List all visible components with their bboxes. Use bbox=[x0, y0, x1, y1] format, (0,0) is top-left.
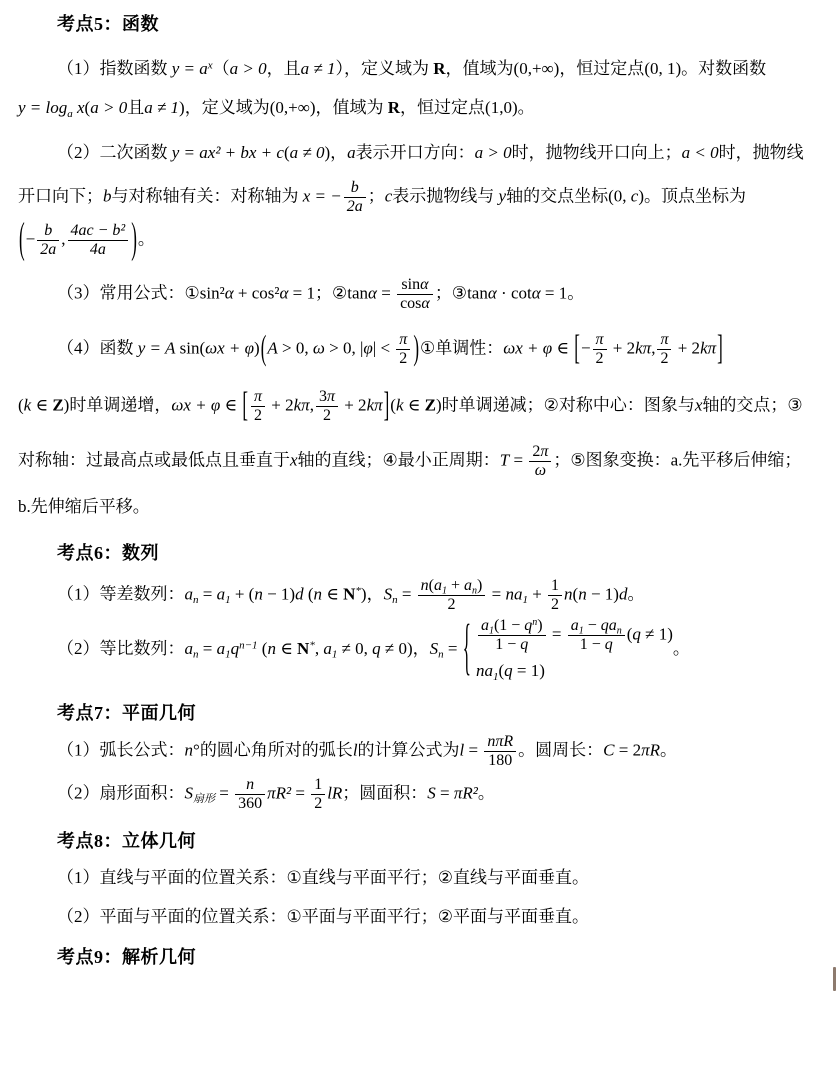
math-italic-run: n bbox=[185, 741, 194, 760]
big-delimiter: { bbox=[463, 608, 471, 693]
math-italic-run: a bbox=[481, 617, 489, 634]
text-run: 。 bbox=[138, 229, 155, 248]
para-exponential-log-line-1: （1）指数函数 y = ax（a > 0，且a ≠ 1），定义域为 R，值域为(… bbox=[57, 58, 824, 81]
math-bold-run: N bbox=[343, 584, 355, 603]
math-italic-run: na bbox=[505, 584, 522, 603]
math-roman-run: = bbox=[509, 450, 527, 469]
fraction-denominator: 2 bbox=[311, 794, 325, 813]
para-sector-area: （2）扇形面积：S扇形 = n360πR² = 12lR；圆面积：S = πR²… bbox=[57, 776, 824, 813]
math-italic-run: πR² bbox=[454, 783, 478, 802]
math-italic-run: a bbox=[464, 577, 472, 594]
math-roman-run: tan bbox=[467, 284, 488, 303]
text-run: ， bbox=[367, 584, 384, 603]
fraction-numerator: a1 − qan bbox=[568, 617, 625, 635]
math-roman-run: | < bbox=[373, 339, 395, 358]
para-quadratic-line-1: （2）二次函数 y = ax² + bx + c(a ≠ 0)，a表示开口方向：… bbox=[57, 142, 824, 165]
math-italic-run: α bbox=[420, 276, 428, 293]
math-roman-run: + bbox=[528, 584, 546, 603]
math-roman-run: 2 bbox=[551, 596, 559, 613]
math-roman-run: ) bbox=[254, 339, 260, 358]
math-roman-run: 2 bbox=[399, 350, 407, 367]
cases-row: na1(q = 1) bbox=[476, 660, 673, 683]
math-italic-run: q bbox=[372, 639, 381, 658]
math-roman-run: ∈ bbox=[31, 395, 52, 414]
heading-exam-point-9-analytic-geometry: 考点9：解析几何 bbox=[57, 943, 824, 969]
fraction-denominator: 2 bbox=[418, 595, 486, 614]
text-run: 。 bbox=[567, 284, 584, 303]
text-run: 。 bbox=[518, 98, 535, 117]
math-italic-run: a bbox=[571, 617, 579, 634]
para-exponential-log-line-2: y = loga x(a > 0且a ≠ 1)，定义域为(0,+∞)，值域为 R… bbox=[18, 97, 824, 120]
math-italic-run: α bbox=[421, 295, 429, 312]
math-italic-run: C bbox=[603, 741, 614, 760]
fraction-numerator: a1(1 − qn) bbox=[478, 617, 546, 635]
fraction-denominator: 2 bbox=[316, 406, 338, 425]
math-italic-run: b bbox=[103, 186, 112, 205]
math-roman-run: ∈ bbox=[552, 339, 573, 358]
text-run: 表示开口方向： bbox=[356, 143, 475, 162]
big-delimiter: ] bbox=[717, 326, 723, 373]
math-roman-run: = bbox=[199, 584, 217, 603]
math-roman-run: ∈ bbox=[322, 584, 343, 603]
para-geometric-sequence: （2）等比数列：an = a1qn−1 (n ∈ N*, a1 ≠ 0, q ≠… bbox=[57, 617, 824, 683]
text-run: ，恒过定点 bbox=[559, 59, 644, 78]
fraction: 4ac − b²4a bbox=[68, 222, 129, 259]
math-italic-run: φ bbox=[363, 339, 372, 358]
big-delimiter: [ bbox=[242, 383, 248, 430]
math-roman-run: 1 bbox=[551, 577, 559, 594]
math-italic-run: kπ bbox=[700, 339, 716, 358]
math-roman-run: > 0, | bbox=[325, 339, 364, 358]
math-italic-run: y = a bbox=[172, 59, 208, 78]
math-roman-run: sin( bbox=[175, 339, 205, 358]
math-roman-run: + 2 bbox=[267, 395, 294, 414]
math-roman-run: ∈ bbox=[220, 395, 241, 414]
text-run: 。圆周长： bbox=[518, 741, 603, 760]
fraction-denominator: 2a bbox=[344, 197, 366, 216]
math-italic-run: α bbox=[368, 284, 377, 303]
math-roman-run: 2 bbox=[660, 350, 668, 367]
fraction-numerator: 4ac − b² bbox=[68, 222, 129, 240]
math-roman-run: + 2 bbox=[673, 339, 700, 358]
fraction-denominator: 2 bbox=[548, 595, 562, 614]
text-run: 。对数函数 bbox=[681, 59, 766, 78]
text-run: ；圆面积： bbox=[342, 783, 427, 802]
math-italic-run: S bbox=[384, 584, 393, 603]
heading-exam-point-6-sequences: 考点6：数列 bbox=[57, 539, 824, 565]
para-sine-function-line-3: 对称轴：过最高点或最低点且垂直于x轴的直线；④最小正周期：T = 2πω；⑤图象… bbox=[18, 443, 824, 480]
math-italic-run: n bbox=[246, 776, 254, 793]
math-italic-run: α bbox=[532, 284, 541, 303]
cases-row: a1(1 − qn)1 − q = a1 − qan1 − q(q ≠ 1) bbox=[476, 617, 673, 654]
math-roman-run: 3 bbox=[319, 388, 327, 405]
math-italic-run: A bbox=[267, 339, 277, 358]
fraction: 2πω bbox=[529, 443, 551, 480]
math-italic-run: y = A bbox=[138, 339, 176, 358]
text-run: ，恒过定点 bbox=[400, 98, 485, 117]
fraction: b2a bbox=[37, 222, 59, 259]
fraction: 12 bbox=[311, 776, 325, 813]
text-run: 对称轴：过最高点或最低点且垂直于 bbox=[18, 450, 290, 469]
math-italic-run: a > 0 bbox=[230, 59, 267, 78]
math-roman-run: = bbox=[398, 584, 416, 603]
math-roman-run: 1 − bbox=[580, 636, 605, 653]
math-roman-run: cos bbox=[400, 295, 421, 312]
text-run: ， bbox=[330, 143, 347, 162]
text-run: ，定义域为 bbox=[185, 98, 270, 117]
text-run: （2）等比数列： bbox=[57, 639, 185, 658]
text-run: ，且 bbox=[267, 59, 301, 78]
fraction: n(a1 + an)2 bbox=[418, 577, 486, 614]
math-italic-run: a ≠ 0 bbox=[290, 143, 325, 162]
para-trig-identities: （3）常用公式：①sin²α + cos²α = 1；②tanα = sinαc… bbox=[57, 276, 824, 313]
math-italic-run: q bbox=[231, 639, 240, 658]
para-quadratic-vertex-line: (−b2a,4ac − b²4a)。 bbox=[18, 222, 824, 259]
text-run: 且 bbox=[127, 98, 144, 117]
math-italic-run: kπ bbox=[635, 339, 651, 358]
para-sine-function-line-4: b.先伸缩后平移。 bbox=[18, 496, 824, 519]
fraction-numerator: π bbox=[396, 331, 410, 349]
math-roman-run: = bbox=[291, 783, 309, 802]
fraction-denominator: 1 − q bbox=[568, 635, 625, 654]
cases-stack: a1(1 − qn)1 − q = a1 − qan1 − q(q ≠ 1)na… bbox=[476, 617, 673, 683]
big-delimiter: ( bbox=[261, 326, 267, 373]
text-run: （2）扇形面积： bbox=[57, 783, 185, 802]
math-italic-run: q bbox=[632, 625, 641, 644]
math-italic-run: lR bbox=[327, 783, 342, 802]
fraction-numerator: π bbox=[593, 331, 607, 349]
math-roman-run: 2 bbox=[596, 350, 604, 367]
math-roman-run: = bbox=[548, 625, 566, 644]
fraction-denominator: cosα bbox=[397, 294, 433, 313]
math-roman-run: > 0, bbox=[278, 339, 313, 358]
fraction: a1(1 − qn)1 − q bbox=[478, 617, 546, 654]
fraction: nπR180 bbox=[484, 733, 516, 770]
math-italic-run: x bbox=[290, 450, 298, 469]
math-italic-run: na bbox=[476, 661, 493, 680]
text-run: 轴的交点；③ bbox=[702, 395, 802, 414]
big-delimiter: ] bbox=[384, 383, 390, 430]
math-italic-run: a ≠ 1 bbox=[144, 98, 179, 117]
math-italic-run: α bbox=[488, 284, 497, 303]
math-italic-run: y = log bbox=[18, 98, 67, 117]
math-roman-run: − 1) bbox=[587, 584, 619, 603]
math-italic-run: q bbox=[605, 636, 613, 653]
text-run: 轴的直线；④最小正周期： bbox=[298, 450, 500, 469]
math-italic-run: πR bbox=[641, 741, 660, 760]
math-roman-run: 1 − bbox=[495, 636, 520, 653]
text-run: 的计算公式为 bbox=[358, 741, 460, 760]
math-italic-run: k bbox=[396, 395, 404, 414]
math-roman-run: tan bbox=[347, 284, 368, 303]
para-sine-function-line-1: （4）函数 y = A sin(ωx + φ)(A > 0, ω > 0, |φ… bbox=[57, 331, 824, 368]
subscript: n bbox=[617, 626, 622, 637]
math-roman-run: − bbox=[26, 229, 36, 248]
math-italic-run: a ≠ 1 bbox=[301, 59, 336, 78]
text-run: 开口向下； bbox=[18, 186, 103, 205]
math-roman-run: 180 bbox=[488, 752, 512, 769]
text-run: 。 bbox=[478, 783, 495, 802]
math-italic-run: n bbox=[421, 577, 429, 594]
fraction-numerator: 3π bbox=[316, 388, 338, 406]
fraction-numerator: π bbox=[657, 331, 671, 349]
math-roman-run: ( bbox=[304, 584, 314, 603]
fraction-numerator: π bbox=[251, 388, 265, 406]
math-italic-run: α bbox=[225, 284, 234, 303]
text-run: （1）弧长公式： bbox=[57, 741, 185, 760]
heading-exam-point-8-solid-geometry: 考点8：立体几何 bbox=[57, 827, 824, 853]
big-delimiter: ( bbox=[19, 211, 25, 269]
math-roman-run: = 1) bbox=[513, 661, 545, 680]
math-roman-run: + 2 bbox=[609, 339, 636, 358]
text-run: 时，抛物线开口向上； bbox=[512, 143, 682, 162]
text-run: （1）直线与平面的位置关系：①直线与平面平行；②直线与平面垂直。 bbox=[57, 868, 589, 887]
math-roman-run: , bbox=[61, 229, 65, 248]
superscript: n−1 bbox=[239, 640, 257, 652]
fraction-numerator: 2π bbox=[529, 443, 551, 461]
math-roman-run: ∈ bbox=[404, 395, 425, 414]
math-italic-run: ω bbox=[313, 339, 325, 358]
fraction: π2 bbox=[396, 331, 410, 368]
math-italic-run: n bbox=[267, 639, 276, 658]
text-run: （2）平面与平面的位置关系：①平面与平面平行；②平面与平面垂直。 bbox=[57, 907, 589, 926]
math-roman-run: = bbox=[464, 741, 482, 760]
text-run: （ bbox=[213, 59, 230, 78]
math-roman-run: (0,+∞) bbox=[514, 59, 560, 78]
math-roman-run: (0, 1) bbox=[644, 59, 681, 78]
fraction: π2 bbox=[593, 331, 607, 368]
math-roman-run: − bbox=[584, 617, 601, 634]
math-roman-run: = 1 bbox=[288, 284, 315, 303]
math-italic-run: kπ bbox=[294, 395, 310, 414]
fraction: 12 bbox=[548, 577, 562, 614]
text-run: b.先伸缩后平移。 bbox=[18, 497, 150, 516]
fraction-denominator: 180 bbox=[484, 751, 516, 770]
text-run: ；② bbox=[315, 284, 347, 303]
text-run: ，值域为 bbox=[316, 98, 388, 117]
math-italic-run: a > 0 bbox=[90, 98, 127, 117]
big-delimiter: ) bbox=[131, 211, 137, 269]
document-page: 考点5：函数 （1）指数函数 y = ax（a > 0，且a ≠ 1），定义域为… bbox=[0, 0, 836, 969]
math-italic-run: π bbox=[327, 388, 335, 405]
math-roman-run: · cot bbox=[497, 284, 532, 303]
fraction-denominator: 360 bbox=[235, 794, 265, 813]
text-run: ；③ bbox=[435, 284, 467, 303]
para-plane-plane-relations: （2）平面与平面的位置关系：①平面与平面平行；②平面与平面垂直。 bbox=[57, 906, 824, 929]
text-run: （1）等差数列： bbox=[57, 584, 185, 603]
math-roman-run: + bbox=[447, 577, 464, 594]
math-roman-run: + 2 bbox=[340, 395, 367, 414]
text-run: 。 bbox=[673, 639, 690, 658]
math-bold-run: Z bbox=[425, 395, 436, 414]
math-italic-run: a bbox=[185, 584, 194, 603]
fraction-numerator: 1 bbox=[548, 577, 562, 595]
math-roman-run: = bbox=[377, 284, 395, 303]
fraction-denominator: 2 bbox=[396, 349, 410, 368]
text-run: 。 bbox=[660, 741, 677, 760]
text-run: （1）指数函数 bbox=[57, 59, 172, 78]
fraction-numerator: nπR bbox=[484, 733, 516, 751]
math-roman-run: (1,0) bbox=[485, 98, 518, 117]
math-italic-run: S bbox=[185, 783, 194, 802]
para-quadratic-line-2: 开口向下；b与对称轴有关：对称轴为 x = −b2a；c表示抛物线与 y轴的交点… bbox=[18, 179, 824, 216]
para-arithmetic-sequence: （1）等差数列：an = a1 + (n − 1)d (n ∈ N*)，Sn =… bbox=[57, 577, 824, 614]
math-italic-run: ωx + φ bbox=[171, 395, 220, 414]
math-italic-run: n bbox=[578, 584, 587, 603]
text-run: 时单调递增， bbox=[69, 395, 171, 414]
para-arc-length: （1）弧长公式：n°的圆心角所对的弧长l的计算公式为l = nπR180。圆周长… bbox=[57, 733, 824, 770]
math-roman-run: = bbox=[487, 584, 505, 603]
fraction: π2 bbox=[251, 388, 265, 425]
math-roman-run: = bbox=[199, 639, 217, 658]
math-roman-run: (0,+∞) bbox=[270, 98, 316, 117]
text-run: 时，抛物线 bbox=[719, 143, 804, 162]
math-roman-run: = 2 bbox=[615, 741, 642, 760]
math-italic-run: a > 0 bbox=[475, 143, 512, 162]
math-italic-run: a bbox=[185, 639, 194, 658]
math-bold-run: Z bbox=[52, 395, 63, 414]
math-roman-run: = bbox=[444, 639, 462, 658]
fraction-denominator: 1 − q bbox=[478, 635, 546, 654]
math-bold-run: R bbox=[433, 59, 445, 78]
math-italic-run: T bbox=[500, 450, 509, 469]
math-roman-run: = bbox=[215, 783, 233, 802]
math-roman-run: ≠ 0) bbox=[381, 639, 413, 658]
math-roman-run: + cos² bbox=[234, 284, 280, 303]
math-roman-run: ° bbox=[193, 741, 200, 760]
math-roman-run: = bbox=[436, 783, 454, 802]
text-run: 。 bbox=[627, 584, 644, 603]
math-italic-run: π bbox=[540, 443, 548, 460]
math-italic-run: qa bbox=[601, 617, 617, 634]
fraction: 3π2 bbox=[316, 388, 338, 425]
math-italic-run: q bbox=[504, 661, 513, 680]
fraction-numerator: sinα bbox=[397, 276, 433, 294]
text-run: 。顶点坐标为 bbox=[644, 186, 746, 205]
math-roman-run: 2 bbox=[314, 795, 322, 812]
math-italic-run: y = ax² + bx + c bbox=[172, 143, 284, 162]
math-roman-run: (1 − bbox=[494, 617, 524, 634]
math-roman-run: ≠ 0, bbox=[337, 639, 372, 658]
math-italic-run: n bbox=[254, 584, 263, 603]
math-italic-run: kπ bbox=[367, 395, 383, 414]
fraction-denominator: ω bbox=[529, 461, 551, 480]
text-run: ，值域为 bbox=[446, 59, 514, 78]
text-run: ； bbox=[368, 186, 385, 205]
math-italic-run: y bbox=[499, 186, 507, 205]
math-roman-run: ≠ 1) bbox=[641, 625, 673, 644]
text-run: （2）二次函数 bbox=[57, 143, 172, 162]
para-line-plane-relations: （1）直线与平面的位置关系：①直线与平面平行；②直线与平面垂直。 bbox=[57, 867, 824, 890]
math-roman-run: 2 bbox=[323, 407, 331, 424]
para-sine-function-line-2: (k ∈ Z)时单调递增，ωx + φ ∈ [π2 + 2kπ,3π2 + 2k… bbox=[18, 388, 824, 425]
math-italic-run: x bbox=[73, 98, 85, 117]
fraction-numerator: n bbox=[235, 776, 265, 794]
math-roman-run: ( bbox=[258, 639, 268, 658]
text-run: ；⑤图象变换：a.先平移后伸缩； bbox=[553, 450, 801, 469]
fraction-numerator: 1 bbox=[311, 776, 325, 794]
math-roman-run: − bbox=[581, 339, 591, 358]
math-italic-run: a < 0 bbox=[682, 143, 719, 162]
math-italic-run: n bbox=[314, 584, 323, 603]
math-italic-run: S bbox=[430, 639, 439, 658]
fraction: a1 − qan1 − q bbox=[568, 617, 625, 654]
math-bold-run: R bbox=[388, 98, 400, 117]
fraction: b2a bbox=[344, 179, 366, 216]
math-roman-run: ) bbox=[477, 577, 482, 594]
math-roman-run: , bbox=[310, 395, 314, 414]
fraction: n360 bbox=[235, 776, 265, 813]
fraction-denominator: 2 bbox=[251, 406, 265, 425]
math-roman-run: − 1) bbox=[263, 584, 295, 603]
math-roman-run: 2 bbox=[254, 407, 262, 424]
math-italic-run: nπR bbox=[487, 733, 513, 750]
fraction-numerator: b bbox=[37, 222, 59, 240]
fraction: sinαcosα bbox=[397, 276, 433, 313]
big-delimiter: [ bbox=[574, 326, 580, 373]
text-run: 轴的交点坐标 bbox=[506, 186, 608, 205]
math-italic-run: a bbox=[217, 584, 226, 603]
math-bold-run: N bbox=[297, 639, 309, 658]
heading-exam-point-5-functions: 考点5：函数 bbox=[57, 10, 824, 36]
text-run: 时单调递减；②对称中心：图象与 bbox=[442, 395, 695, 414]
fraction-numerator: n(a1 + an) bbox=[418, 577, 486, 595]
math-roman-run: 2 bbox=[448, 596, 456, 613]
math-roman-run: 1 bbox=[314, 776, 322, 793]
math-italic-run: d bbox=[295, 584, 304, 603]
big-delimiter: ) bbox=[413, 326, 419, 373]
math-italic-run: a bbox=[347, 143, 356, 162]
math-italic-run: n bbox=[564, 584, 573, 603]
math-italic-run: a bbox=[323, 639, 332, 658]
fraction-denominator: 2a bbox=[37, 240, 59, 259]
text-run: ①单调性： bbox=[420, 339, 503, 358]
math-roman-run: (0, bbox=[608, 186, 631, 205]
math-italic-run: ωx + φ bbox=[503, 339, 552, 358]
math-italic-run: q bbox=[520, 636, 528, 653]
text-run: （3）常用公式：① bbox=[57, 284, 200, 303]
math-italic-run: πR² bbox=[267, 783, 291, 802]
math-roman-run: + ( bbox=[231, 584, 255, 603]
math-roman-run: , bbox=[651, 339, 655, 358]
text-run: （4）函数 bbox=[57, 339, 138, 358]
math-italic-run: ωx + φ bbox=[205, 339, 254, 358]
fraction-numerator: b bbox=[344, 179, 366, 197]
fraction-denominator: 4a bbox=[68, 240, 129, 259]
text-run: ， bbox=[413, 639, 430, 658]
math-italic-run: a bbox=[434, 577, 442, 594]
text-run: 表示抛物线与 bbox=[392, 186, 498, 205]
math-roman-run: sin bbox=[401, 276, 420, 293]
math-roman-run: 360 bbox=[238, 795, 262, 812]
fraction-denominator: 2 bbox=[657, 349, 671, 368]
math-roman-run: ) bbox=[537, 617, 542, 634]
math-roman-run: = 1 bbox=[541, 284, 568, 303]
math-italic-run: x = − bbox=[303, 186, 342, 205]
text-run: 的圆心角所对的弧长 bbox=[200, 741, 353, 760]
text-run: ），定义域为 bbox=[336, 59, 434, 78]
math-italic-run: S bbox=[427, 783, 436, 802]
math-roman-run: ∈ bbox=[276, 639, 297, 658]
math-roman-run: sin² bbox=[200, 284, 225, 303]
subscript: 扇形 bbox=[193, 793, 215, 805]
fraction: π2 bbox=[657, 331, 671, 368]
heading-exam-point-7-plane-geometry: 考点7：平面几何 bbox=[57, 699, 824, 725]
math-italic-run: a bbox=[217, 639, 226, 658]
fraction-denominator: 2 bbox=[593, 349, 607, 368]
text-run: 与对称轴有关：对称轴为 bbox=[112, 186, 303, 205]
